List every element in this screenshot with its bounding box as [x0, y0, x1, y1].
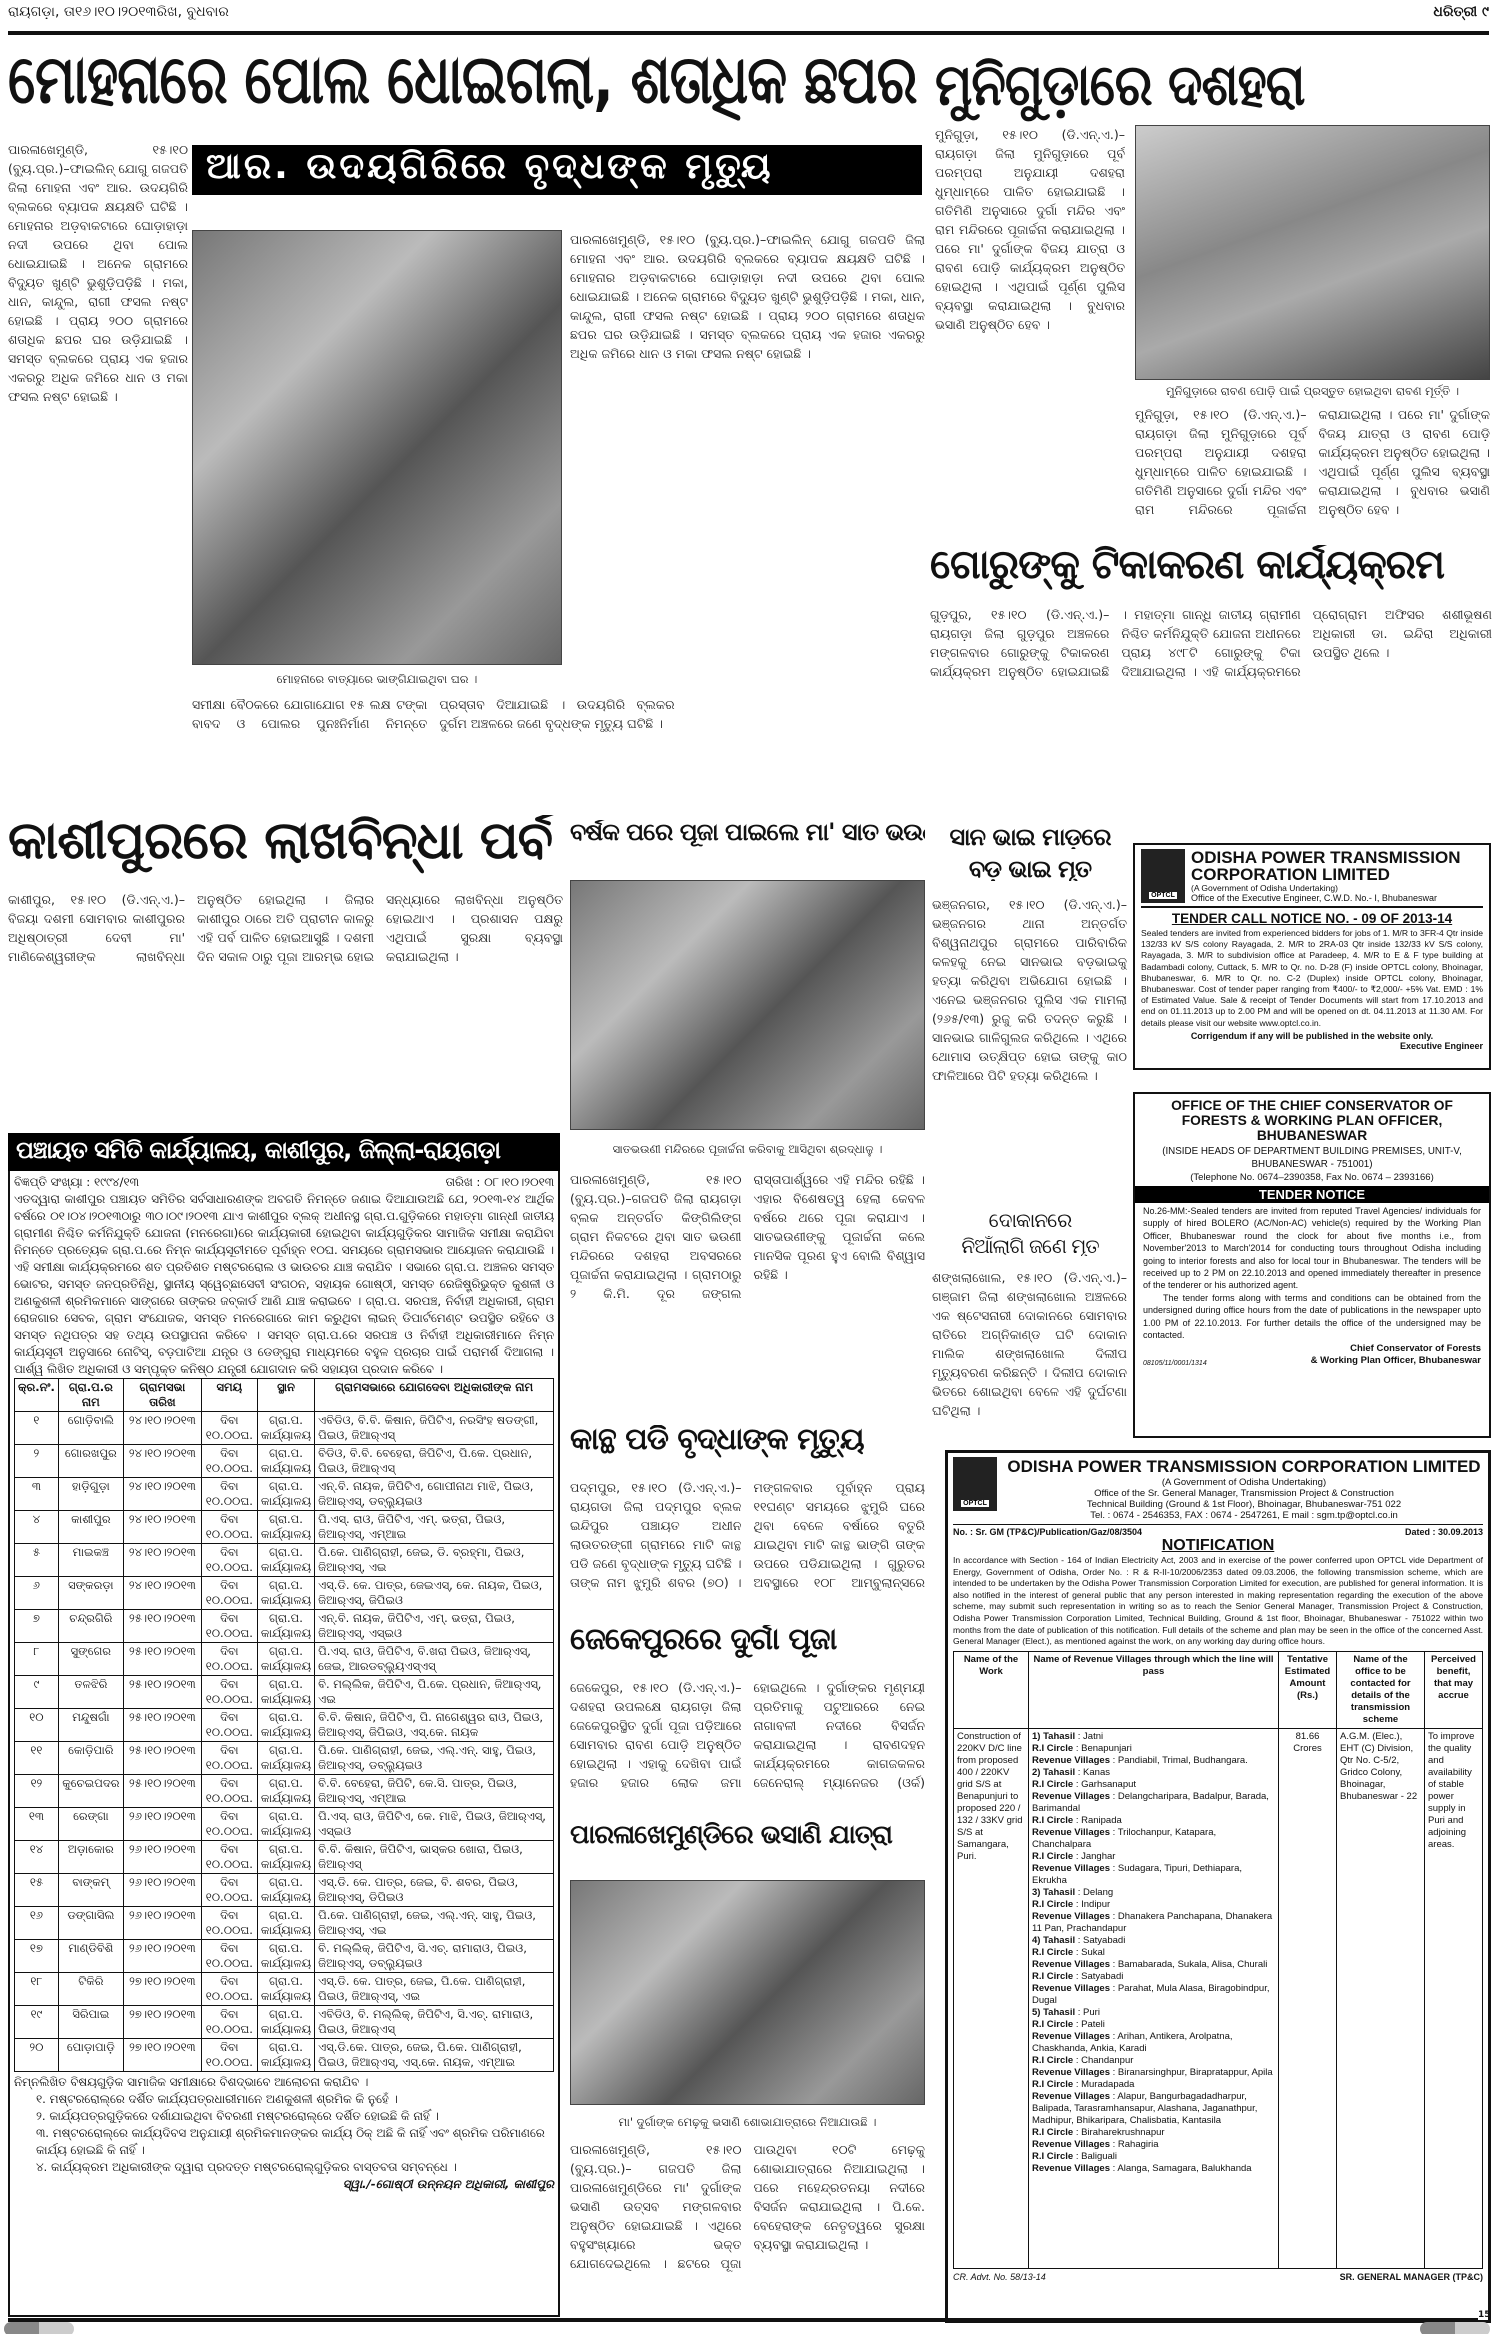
- gram-sabha-date: ୨୫।୧୦।୨୦୧୩: [123, 1610, 201, 1643]
- gp-name: କାଶୀପୁର: [58, 1511, 123, 1544]
- lead-story-continuation: ସମୀକ୍ଷା ବୈଠକରେ ଯୋଗାଯୋଗ ୧୫ ଲକ୍ଷ ଟଙ୍କା ବାବ…: [192, 695, 922, 795]
- gp-name: କୋଡ଼ିପାରି: [58, 1742, 123, 1775]
- place: ଗ୍ରା.ପ. କାର୍ଯ୍ୟାଳୟ: [257, 1643, 314, 1676]
- bottom-rule: [8, 2318, 1478, 2322]
- notice-intro: ଏତଦ୍ୱାରା କାଶୀପୁର ପଞ୍ଚାୟତ ସମିତିର ସର୍ବସାଧା…: [14, 1191, 554, 1378]
- officers: ପି.ଏସ୍. ରାଓ, ଜିପିଟିଏ, କେ. ମାଝି, ପିଇଓ, ଜି…: [315, 1808, 554, 1841]
- sana-bhai-text: ଭଞ୍ଜନଗର, ୧୫।୧୦ (ଡି.ଏନ୍.ଏ.)– ଭଞ୍ଜନଗର ଥାନା…: [932, 895, 1127, 1185]
- forest-signatory-2: & Working Plan Officer, Bhubaneswar: [1311, 1355, 1481, 1367]
- kashipur-text: କାଶୀପୁର, ୧୫।୧୦ (ଡି.ଏନ୍.ଏ.)– ବିଜୟା ଦଶମୀ ସ…: [8, 890, 563, 1128]
- jkpur-headline: ଜେକେପୁରରେ ଦୁର୍ଗା ପୂଜା: [570, 1625, 925, 1667]
- row-number: ୧: [15, 1412, 59, 1445]
- time: ଦିବା ୧୦.୦୦ଘ.: [201, 1808, 257, 1841]
- officers: ପି.କେ. ପାଣିଗ୍ରାହୀ, ଜେଇ, ଡି. ବ୍ରହ୍ମା, ପିଇ…: [315, 1544, 554, 1577]
- sata-bhauni-photo: [570, 880, 925, 1130]
- discussion-point: ୨. କାର୍ଯ୍ୟପତ୍ରଗୁଡ଼ିକରେ ଦର୍ଶାଯାଇଥିବା ବିବର…: [36, 2108, 554, 2125]
- row-number: ୩: [15, 1478, 59, 1511]
- gp-name: ହାଡ଼ିଗୁଡ଼ା: [58, 1478, 123, 1511]
- optcl-office-line: Office of the Executive Engineer, C.W.D.…: [1191, 893, 1461, 903]
- gram-sabha-date: ୨୭।୧୦।୨୦୧୩: [123, 2006, 201, 2039]
- notification-title: NOTIFICATION: [953, 1537, 1483, 1555]
- gram-sabha-date: ୨୬।୧୦।୨୦୧୩: [123, 1940, 201, 1973]
- gp-name: କୁଚେଇପଦର: [58, 1775, 123, 1808]
- notification-ref: No. : Sr. GM (TP&C)/Publication/Gaz/08/3…: [953, 1527, 1142, 1537]
- discussion-point: ୪. କାର୍ଯ୍ୟକ୍ରମ ଅଧିକାରୀଙ୍କ ଦ୍ୱାରା ପ୍ରଦତ୍ତ…: [36, 2159, 554, 2176]
- dokan-text: ଶଙ୍ଖଲାଖୋଲ, ୧୫।୧୦ (ଡି.ଏନ୍.ଏ.)– ଗଞ୍ଜାମ ଜିଲ…: [932, 1268, 1127, 1468]
- notification-body: In accordance with Section - 164 of Indi…: [953, 1555, 1483, 1648]
- place: ଗ୍ରା.ପ. କାର୍ଯ୍ୟାଳୟ: [257, 1478, 314, 1511]
- gram-sabha-date: ୨୫।୧୦।୨୦୧୩: [123, 1676, 201, 1709]
- village-entry: R.I Circle : Sukal: [1032, 1947, 1275, 1959]
- optcl-logo-icon: OPTCL: [1141, 849, 1185, 903]
- gp-name: ସିରିପାଇ: [58, 2006, 123, 2039]
- village-entry: Revenue Villages : Dhanakera Panchapana,…: [1032, 1911, 1275, 1935]
- gram-sabha-date: ୨୫।୧୦।୨୦୧୩: [123, 1643, 201, 1676]
- kantha-text: ପଦ୍ମପୁର, ୧୫।୧୦ (ଡି.ଏନ୍.ଏ.)– ରାୟଗଡା ଜିଲା …: [570, 1478, 925, 1608]
- officers: ବି.ବି. ବେହେରା, ଜିପିଟି, କେ.ସି. ପାତ୍ର, ପିଇ…: [315, 1775, 554, 1808]
- village-entry: Revenue Villages : Biranarsinghpur, Bira…: [1032, 2067, 1275, 2079]
- notif-col-benefit: Perceived benefit, that may accrue: [1425, 1651, 1483, 1728]
- time: ଦିବା ୧୦.୦୦ଘ.: [201, 1907, 257, 1940]
- lead-photo-caption: ମୋହନାରେ ବାତ୍ୟାରେ ଭାଙ୍ଗିଯାଇଥିବା ଘର ।: [192, 672, 562, 687]
- place: ଗ୍ରା.ପ. କାର୍ଯ୍ୟାଳୟ: [257, 1412, 314, 1445]
- time: ଦିବା ୧୦.୦୦ଘ.: [201, 1841, 257, 1874]
- row-number: ୧୭: [15, 1940, 59, 1973]
- officers: ବି.ବି. କିଷାନ, ଜିପିଟିଏ, ଭାସ୍କର ଖୋରା, ପିଇଓ…: [315, 1841, 554, 1874]
- forest-tender-ad: OFFICE OF THE CHIEF CONSERVATOR OF FORES…: [1133, 1092, 1491, 1438]
- table-row: ୧୪ଅଡ଼ାକୋର୨୬।୧୦।୨୦୧୩ଦିବା ୧୦.୦୦ଘ.ଗ୍ରା.ପ. କ…: [15, 1841, 554, 1874]
- notification-table: Name of the Work Name of Revenue Village…: [953, 1651, 1483, 2269]
- officers: ଏସ୍.ଡି. କେ. ପାତ୍ର, ଜେଇ, ବି. ଶବର, ପିଇଓ, ଜ…: [315, 1874, 554, 1907]
- notif-villages: 1) Tahasil : JatniR.I Circle : Benapunja…: [1029, 1728, 1279, 2268]
- gp-name: ରେଙ୍ଗା: [58, 1808, 123, 1841]
- row-number: ୭: [15, 1610, 59, 1643]
- village-entry: R.I Circle : Biraharekrushnapur: [1032, 2127, 1275, 2139]
- village-entry: Revenue Villages : Delangcharipara, Bada…: [1032, 1791, 1275, 1815]
- village-entry: 3) Tahasil : Delang: [1032, 1887, 1275, 1899]
- optcl-notification-logo-icon: OPTCL: [953, 1457, 997, 1511]
- row-number: ୮: [15, 1643, 59, 1676]
- footer-page-number: 15: [1478, 2310, 1491, 2320]
- sana-bhai-headline-1: ସାନ ଭାଇ ମାଡ଼ରେ: [930, 825, 1130, 849]
- village-entry: R.I Circle : Benapunjari: [1032, 1743, 1275, 1755]
- munigudara-photo-caption: ମୁନିଗୁଡ଼ାରେ ରାବଣ ପୋଡ଼ି ପାଇଁ ପ୍ରସ୍ତୁତ ହୋଇ…: [1135, 384, 1490, 399]
- forest-address: (INSIDE HEADS OF DEPARTMENT BUILDING PRE…: [1143, 1145, 1481, 1171]
- notif-work: Construction of 220KV D/C line from prop…: [954, 1728, 1029, 2268]
- table-row: ୯ତଳଝିରି୨୫।୧୦।୨୦୧୩ଦିବା ୧୦.୦୦ଘ.ଗ୍ରା.ପ. କାର…: [15, 1676, 554, 1709]
- place: ଗ୍ରା.ପ. କାର୍ଯ୍ୟାଳୟ: [257, 1874, 314, 1907]
- notif-amount: 81.66 Crores: [1279, 1728, 1337, 2268]
- row-number: ୧୪: [15, 1841, 59, 1874]
- table-row: ୩ହାଡ଼ିଗୁଡ଼ା୨୪।୧୦।୨୦୧୩ଦିବା ୧୦.୦୦ଘ.ଗ୍ରା.ପ.…: [15, 1478, 554, 1511]
- lead-headline: ମୋହନାରେ ପୋଲ ଧୋଇଗଲା, ଶତାଧିକ ଛପର ଉଡ଼ିଲା: [8, 46, 928, 129]
- village-entry: Revenue Villages : Trilochanpur, Katapar…: [1032, 1827, 1275, 1851]
- row-number: ୧୨: [15, 1775, 59, 1808]
- gram-sabha-date: ୨୫।୧୦।୨୦୧୩: [123, 1775, 201, 1808]
- tender-call-body: Sealed tenders are invited from experien…: [1141, 928, 1483, 1029]
- place: ଗ୍ରା.ପ. କାର୍ଯ୍ୟାଳୟ: [257, 2006, 314, 2039]
- optcl-org-line1: ODISHA POWER TRANSMISSION: [1191, 849, 1461, 866]
- row-number: ୯: [15, 1676, 59, 1709]
- time: ଦିବା ୧୦.୦୦ଘ.: [201, 1412, 257, 1445]
- registration-mark-right: [1420, 2322, 1490, 2334]
- village-entry: Revenue Villages : Alanga, Samagara, Bal…: [1032, 2163, 1275, 2175]
- officers: ବି. ମଲ୍ଲିକ, ଜିପିଟିଏ, ପି.କେ. ପ୍ରଧାନ, ଜିଆର…: [315, 1676, 554, 1709]
- discussion-point: ୧. ମଷ୍ଟରରୋଲ୍‌ରେ ଦର୍ଶିତ କାର୍ଯ୍ୟପତ୍ରଧାରୀମା…: [36, 2091, 554, 2108]
- row-number: ୧୧: [15, 1742, 59, 1775]
- lead-subheadline: ଆର. ଉଦୟଗିରିରେ ବୃଦ୍ଧଙ୍କ ମୃତ୍ୟୁ: [192, 145, 922, 195]
- dokan-headline-2: ନିଆଁଲାଗି ଜଣେ ମୃତ: [930, 1236, 1130, 1256]
- time: ଦିବା ୧୦.୦୦ଘ.: [201, 1610, 257, 1643]
- discussion-intro: ନିମ୍ନଲିଖିତ ବିଷୟଗୁଡ଼ିକ ସାମାଜିକ ସମୀକ୍ଷାରେ …: [14, 2074, 554, 2091]
- gram-sabha-date: ୨୫।୧୦।୨୦୧୩: [123, 1742, 201, 1775]
- optcl-govt-line: (A Government of Odisha Undertaking): [1191, 883, 1461, 893]
- notif-col-work: Name of the Work: [954, 1651, 1029, 1728]
- gp-name: ବାଙ୍କମ୍: [58, 1874, 123, 1907]
- village-entry: Revenue Villages : Arihan, Antikera, Aro…: [1032, 2031, 1275, 2055]
- officers: ଏସ୍.ଡି. କେ. ପାତ୍ର, ଜେଇଏସ୍, କେ. ନାୟକ, ପିଇ…: [315, 1577, 554, 1610]
- bhasani-text: ପାରଳାଖେମୁଣ୍ଡି, ୧୫।୧୦ (ବ୍ୟୁ.ପ୍ର.)– ଗଜପତି …: [570, 2140, 925, 2315]
- col-header-gp: ଗ୍ରା.ପ.ର ନାମ: [58, 1379, 123, 1412]
- gp-name: ସୁଙ୍ଗେର: [58, 1643, 123, 1676]
- gp-name: ମନ୍ଦୁଷଗାଁ: [58, 1709, 123, 1742]
- table-row: ୧ଗୋଡ଼ିବାଲି୨୪।୧୦।୨୦୧୩ଦିବା ୧୦.୦୦ଘ.ଗ୍ରା.ପ. …: [15, 1412, 554, 1445]
- notice-signature: ସ୍ୱା./-ଗୋଷ୍ଠୀ ଉନ୍ନୟନ ଅଧିକାରୀ, କାଶୀପୁର: [14, 2176, 554, 2193]
- officers: ପି.କେ. ପାଣିଗ୍ରାହୀ, ଜେଇ, ଏଲ୍.ଏନ୍. ସାହୁ, ପ…: [315, 1742, 554, 1775]
- time: ଦିବା ୧୦.୦୦ଘ.: [201, 1445, 257, 1478]
- gram-sabha-date: ୨୬।୧୦।୨୦୧୩: [123, 1907, 201, 1940]
- time: ଦିବା ୧୦.୦୦ଘ.: [201, 1874, 257, 1907]
- village-entry: Revenue Villages : Pandiabil, Trimal, Bu…: [1032, 1755, 1275, 1767]
- village-entry: Revenue Villages : Parahat, Mula Alasa, …: [1032, 1983, 1275, 2007]
- notification-contact: Tel. : 0674 - 2546353, FAX : 0674 - 2547…: [1005, 1510, 1483, 1521]
- tender-corrigendum: Corrigendum if any will be published in …: [1141, 1031, 1483, 1041]
- table-row: ୧୬ଡଙ୍ଗାସିଲ୨୬।୧୦।୨୦୧୩ଦିବା ୧୦.୦୦ଘ.ଗ୍ରା.ପ. …: [15, 1907, 554, 1940]
- time: ଦିବା ୧୦.୦୦ଘ.: [201, 1742, 257, 1775]
- optcl-notification-ad: OPTCL ODISHA POWER TRANSMISSION CORPORAT…: [945, 1450, 1491, 2323]
- notification-govt-line: (A Government of Odisha Undertaking): [1005, 1477, 1483, 1488]
- officers: ଏସ୍.ଡି. କେ. ପାତ୍ର, ଜେଇ, ପି.କେ. ପାଣିଗ୍ରାହ…: [315, 1973, 554, 2006]
- table-row: ୧୭ମାଣ୍ଡିବିଶି୨୬।୧୦।୨୦୧୩ଦିବା ୧୦.୦୦ଘ.ଗ୍ରା.ପ…: [15, 1940, 554, 1973]
- notif-benefit: To improve the quality and availability …: [1425, 1728, 1483, 2268]
- place: ଗ୍ରା.ପ. କାର୍ଯ୍ୟାଳୟ: [257, 1709, 314, 1742]
- jkpur-text: ଜେକେପୁର, ୧୫।୧୦ (ଡି.ଏନ୍.ଏ.)– ଦଶହରା ଉପଲକ୍ଷ…: [570, 1678, 925, 1808]
- table-row: ୧୦ମନ୍ଦୁଷଗାଁ୨୫।୧୦।୨୦୧୩ଦିବା ୧୦.୦୦ଘ.ଗ୍ରା.ପ.…: [15, 1709, 554, 1742]
- place: ଗ୍ରା.ପ. କାର୍ଯ୍ୟାଳୟ: [257, 1907, 314, 1940]
- bhasani-photo: [570, 1880, 925, 2105]
- place: ଗ୍ରା.ପ. କାର୍ଯ୍ୟାଳୟ: [257, 1808, 314, 1841]
- time: ଦିବା ୧୦.୦୦ଘ.: [201, 2006, 257, 2039]
- gram-sabha-date: ୨୭।୧୦।୨୦୧୩: [123, 1973, 201, 2006]
- tender-call-title: TENDER CALL NOTICE NO. - 09 OF 2013-14: [1141, 911, 1483, 926]
- forest-phone: (Telephone No. 0674–2390358, Fax No. 067…: [1143, 1171, 1481, 1184]
- munigudara-text-2: ମୁନିଗୁଡ଼ା, ୧୫।୧୦ (ଡି.ଏନ୍.ଏ.)– ରାୟଗଡ଼ା ଜି…: [1135, 405, 1490, 540]
- place: ଗ୍ରା.ପ. କାର୍ଯ୍ୟାଳୟ: [257, 1610, 314, 1643]
- discussion-point: ୩. ମଷ୍ଟରରୋଲ୍‌ରେ କାର୍ଯ୍ୟଦିବସ ଅନୁଯାୟୀ ଶ୍ରମ…: [36, 2125, 554, 2159]
- sata-bhauni-headline: ବର୍ଷକ ପରେ ପୂଜା ପାଇଲେ ମା' ସାତ ଭଉଣୀ: [570, 820, 925, 860]
- village-entry: Revenue Villages : Sudagara, Tipuri, Det…: [1032, 1863, 1275, 1887]
- village-entry: 5) Tahasil : Puri: [1032, 2007, 1275, 2019]
- place: ଗ୍ରା.ପ. କାର୍ଯ୍ୟାଳୟ: [257, 1676, 314, 1709]
- sata-bhauni-text: ପାରଳାଖେମୁଣ୍ଡି, ୧୫।୧୦ (ବ୍ୟୁ.ପ୍ର.)–ଗଜପତି ଜ…: [570, 1170, 925, 1405]
- kantha-headline: କାନ୍ଥ ପଡି ବୃଦ୍ଧାଙ୍କ ମୃତ୍ୟୁ: [570, 1425, 925, 1467]
- officers: ଏବିଡିଓ, ବି. ମଲ୍ଲିକ୍, ଜିପିଟିଏ, ସି.ଏଚ୍. ରା…: [315, 2006, 554, 2039]
- village-entry: R.I Circle : Satyabadi: [1032, 1971, 1275, 1983]
- row-number: ୫: [15, 1544, 59, 1577]
- notification-date: Dated : 30.09.2013: [1405, 1527, 1483, 1537]
- table-row: ୬ସଙ୍କରଡ଼ା୨୪।୧୦।୨୦୧୩ଦିବା ୧୦.୦୦ଘ.ଗ୍ରା.ପ. କ…: [15, 1577, 554, 1610]
- table-row: ୧୫ବାଙ୍କମ୍୨୬।୧୦।୨୦୧୩ଦିବା ୧୦.୦୦ଘ.ଗ୍ରା.ପ. କ…: [15, 1874, 554, 1907]
- officers: ଏନ୍.ବି. ନାୟକ, ଜିପିଟିଏ, ଏମ୍. ଭତ୍ରା, ପିଇଓ,…: [315, 1610, 554, 1643]
- gp-name: ଅଡ଼ାକୋର: [58, 1841, 123, 1874]
- panchayat-notice: ବିଜ୍ଞପ୍ତି ସଂଖ୍ୟା : ୧୯୯୪/୧୩ ତାରିଖ : ୦୮।୧୦…: [8, 1171, 560, 2317]
- notification-office-1: Office of the Sr. General Manager, Trans…: [1005, 1488, 1483, 1499]
- goru-text: ଗୁଡ଼ପୁର, ୧୫।୧୦ (ଡି.ଏନ୍.ଏ.)– ରାୟଗଡ଼ା ଜିଲା…: [930, 605, 1492, 805]
- forest-ref: 08105/11/0001/1314: [1143, 1360, 1207, 1367]
- gp-name: ମାଣ୍ଡିବିଶି: [58, 1940, 123, 1973]
- goru-headline: ଗୋରୁଙ୍କୁ ଟିକାକରଣ କାର୍ଯ୍ୟକ୍ରମ: [930, 545, 1495, 595]
- gp-name: ଡଙ୍ଗାସିଲ: [58, 1907, 123, 1940]
- time: ଦିବା ୧୦.୦୦ଘ.: [201, 1940, 257, 1973]
- officers: ଏସ୍.ଡି.କେ. ପାତ୍ର, ଜେଇ, ପି.କେ. ପାଣିଗ୍ରାହୀ…: [315, 2039, 554, 2072]
- forest-signatory-1: Chief Conservator of Forests: [1311, 1343, 1481, 1355]
- notice-date: ତାରିଖ : ୦୮।୧୦।୨୦୧୩: [446, 1174, 554, 1191]
- place: ଗ୍ରା.ପ. କାର୍ଯ୍ୟାଳୟ: [257, 1775, 314, 1808]
- gram-sabha-date: ୨୬।୧୦।୨୦୧୩: [123, 1808, 201, 1841]
- row-number: ୬: [15, 1577, 59, 1610]
- time: ଦିବା ୧୦.୦୦ଘ.: [201, 1478, 257, 1511]
- sata-bhauni-caption: ସାତଭଉଣୀ ମନ୍ଦିରରେ ପୂଜାର୍ଚ୍ଚନା କରିବାକୁ ଆସି…: [570, 1142, 925, 1157]
- place: ଗ୍ରା.ପ. କାର୍ଯ୍ୟାଳୟ: [257, 1742, 314, 1775]
- village-entry: R.I Circle : Ranipada: [1032, 1815, 1275, 1827]
- gram-sabha-date: ୨୪।୧୦।୨୦୧୩: [123, 1445, 201, 1478]
- notification-org: ODISHA POWER TRANSMISSION CORPORATION LI…: [1005, 1457, 1483, 1477]
- gram-sabha-table: କ୍ର.ନଂ. ଗ୍ରା.ପ.ର ନାମ ଗ୍ରାମସଭା ତାରିଖ ସମୟ …: [14, 1378, 554, 2072]
- gp-name: ଗୋରଖପୁର: [58, 1445, 123, 1478]
- gp-name: ତଳଝିରି: [58, 1676, 123, 1709]
- time: ଦିବା ୧୦.୦୦ଘ.: [201, 1577, 257, 1610]
- col-header-date: ଗ୍ରାମସଭା ତାରିଖ: [123, 1379, 201, 1412]
- notification-signatory: SR. GENERAL MANAGER (TP&C): [1340, 2272, 1483, 2282]
- village-entry: R.I Circle : Garhsanaput: [1032, 1779, 1275, 1791]
- gp-name: ଚନ୍ଦ୍ରଗିରି: [58, 1610, 123, 1643]
- time: ଦିବା ୧୦.୦୦ଘ.: [201, 1709, 257, 1742]
- table-row: ୧୩ରେଙ୍ଗା୨୬।୧୦।୨୦୧୩ଦିବା ୧୦.୦୦ଘ.ଗ୍ରା.ପ. କା…: [15, 1808, 554, 1841]
- village-entry: R.I Circle : Chandanpur: [1032, 2055, 1275, 2067]
- notification-office-2: Technical Building (Ground & 1st Floor),…: [1005, 1499, 1483, 1510]
- place: ଗ୍ରା.ପ. କାର୍ଯ୍ୟାଳୟ: [257, 1841, 314, 1874]
- row-number: ୨୦: [15, 2039, 59, 2072]
- table-row: ୧୧କୋଡ଼ିପାରି୨୫।୧୦।୨୦୧୩ଦିବା ୧୦.୦୦ଘ.ଗ୍ରା.ପ.…: [15, 1742, 554, 1775]
- bhasani-headline: ପାରଳାଖେମୁଣ୍ଡିରେ ଭସାଣି ଯାତ୍ରା: [570, 1822, 925, 1864]
- kashipur-headline: କାଶୀପୁରରେ ଲାଖବିନ୍ଧା ପର୍ବ: [8, 815, 563, 881]
- notif-col-amount: Tentative Estimated Amount (Rs.): [1279, 1651, 1337, 1728]
- gram-sabha-date: ୨୬।୧୦।୨୦୧୩: [123, 1841, 201, 1874]
- time: ଦିବା ୧୦.୦୦ଘ.: [201, 1643, 257, 1676]
- table-row: ୭ଚନ୍ଦ୍ରଗିରି୨୫।୧୦।୨୦୧୩ଦିବା ୧୦.୦୦ଘ.ଗ୍ରା.ପ.…: [15, 1610, 554, 1643]
- dokan-headline-1: ଦୋକାନରେ: [930, 1210, 1130, 1230]
- table-row: ୧୨କୁଚେଇପଦର୨୫।୧୦।୨୦୧୩ଦିବା ୧୦.୦୦ଘ.ଗ୍ରା.ପ. …: [15, 1775, 554, 1808]
- village-entry: R.I Circle : Baliguali: [1032, 2151, 1275, 2163]
- officers: ବି.ବି. କିଷାନ, ଜିପିଟିଏ, ପି. ନାଗେଶ୍ୱର ରାଓ,…: [315, 1709, 554, 1742]
- gram-sabha-date: ୨୫।୧୦।୨୦୧୩: [123, 1709, 201, 1742]
- lead-story-text: ପାରଳାଖେମୁଣ୍ଡି, ୧୫।୧୦ (ବ୍ୟୁ.ପ୍ର.)–ଫାଇଲିନ୍…: [8, 140, 188, 795]
- table-row: ୧୮ଟିକିରି୨୭।୧୦।୨୦୧୩ଦିବା ୧୦.୦୦ଘ.ଗ୍ରା.ପ. କା…: [15, 1973, 554, 2006]
- row-number: ୧୩: [15, 1808, 59, 1841]
- officers: ଏବିଡିଓ, ବି.ବି. କିଷାନ, ଜିପିଟିଏ, ନରସିଂହ ଷଡ…: [315, 1412, 554, 1445]
- row-number: ୧୯: [15, 2006, 59, 2039]
- optcl-tender-ad: OPTCL ODISHA POWER TRANSMISSION CORPORAT…: [1133, 843, 1491, 1070]
- officers: ପି.କେ. ପାଣିଗ୍ରାହୀ, ଜେଇ, ଏଲ୍.ଏନ୍. ସାହୁ, ପ…: [315, 1907, 554, 1940]
- col-header-no: କ୍ର.ନଂ.: [15, 1379, 59, 1412]
- time: ଦିବା ୧୦.୦୦ଘ.: [201, 1775, 257, 1808]
- forest-tender-body: No.26-MM:-Sealed tenders are invited fro…: [1143, 1205, 1481, 1292]
- officers: ପି.ଏସ୍. ରାଓ, ଜିପିଟିଏ, ବି.ଖରା ପିଇଓ, ଜିଆର୍…: [315, 1643, 554, 1676]
- munigudara-text: ମୁନିଗୁଡ଼ା, ୧୫।୧୦ (ଡି.ଏନ୍.ଏ.)– ରାୟଗଡ଼ା ଜି…: [935, 125, 1125, 525]
- place: ଗ୍ରା.ପ. କାର୍ଯ୍ୟାଳୟ: [257, 2039, 314, 2072]
- place: ଗ୍ରା.ପ. କାର୍ଯ୍ୟାଳୟ: [257, 1577, 314, 1610]
- time: ଦିବା ୧୦.୦୦ଘ.: [201, 1511, 257, 1544]
- table-row: ୨୦ପୋଡ଼ାପାଡ଼ି୨୭।୧୦।୨୦୧୩ଦିବା ୧୦.୦୦ଘ.ଗ୍ରା.ପ…: [15, 2039, 554, 2072]
- row-number: ୨: [15, 1445, 59, 1478]
- gp-name: ମାଇକଞ୍ଚ: [58, 1544, 123, 1577]
- row-number: ୧୬: [15, 1907, 59, 1940]
- row-number: ୧୦: [15, 1709, 59, 1742]
- village-entry: R.I Circle : Pateli: [1032, 2019, 1275, 2031]
- notif-col-office: Name of the office to be contacted for d…: [1337, 1651, 1425, 1728]
- table-row: ୫ମାଇକଞ୍ଚ୨୪।୧୦।୨୦୧୩ଦିବା ୧୦.୦୦ଘ.ଗ୍ରା.ପ. କା…: [15, 1544, 554, 1577]
- notif-office: A.G.M. (Elec.), EHT (C) Division, Qtr No…: [1337, 1728, 1425, 2268]
- col-header-time: ସମୟ: [201, 1379, 257, 1412]
- tender-signatory: Executive Engineer: [1141, 1041, 1483, 1051]
- notif-col-villages: Name of Revenue Villages through which t…: [1029, 1651, 1279, 1728]
- gram-sabha-date: ୨୭।୧୦।୨୦୧୩: [123, 2039, 201, 2072]
- time: ଦିବା ୧୦.୦୦ଘ.: [201, 1973, 257, 2006]
- munigudara-photo: [1135, 125, 1490, 380]
- date-line: ରାୟଗଡ଼ା, ତା୧୬।୧୦।୨୦୧୩ରିଖ, ବୁଧବାର: [8, 4, 229, 20]
- gram-sabha-date: ୨୬।୧୦।୨୦୧୩: [123, 1874, 201, 1907]
- munigudara-headline: ମୁନିଗୁଡ଼ାରେ ଦଶହରା: [935, 56, 1490, 125]
- table-row: ୮ସୁଙ୍ଗେର୨୫।୧୦।୨୦୧୩ଦିବା ୧୦.୦୦ଘ.ଗ୍ରା.ପ. କା…: [15, 1643, 554, 1676]
- village-entry: Revenue Villages : Bamabarada, Sukala, A…: [1032, 1959, 1275, 1971]
- col-header-place: ସ୍ଥାନ: [257, 1379, 314, 1412]
- gram-sabha-date: ୨୪।୧୦।୨୦୧୩: [123, 1511, 201, 1544]
- time: ଦିବା ୧୦.୦୦ଘ.: [201, 1544, 257, 1577]
- officers: ବି. ମଲ୍ଲିକ୍, ଜିପିଟିଏ, ସି.ଏଚ୍. ରାମାରାଓ, ପ…: [315, 1940, 554, 1973]
- registration-mark-left: [4, 2322, 74, 2334]
- table-row: ୧୯ସିରିପାଇ୨୭।୧୦।୨୦୧୩ଦିବା ୧୦.୦୦ଘ.ଗ୍ରା.ପ. କ…: [15, 2006, 554, 2039]
- table-row: ୨ଗୋରଖପୁର୨୪।୧୦।୨୦୧୩ଦିବା ୧୦.୦୦ଘ.ଗ୍ରା.ପ. କା…: [15, 1445, 554, 1478]
- forest-tender-banner: TENDER NOTICE: [1135, 1186, 1489, 1203]
- lead-story-col2: ପାରଳାଖେମୁଣ୍ଡି, ୧୫।୧୦ (ବ୍ୟୁ.ପ୍ର.)–ଫାଇଲିନ୍…: [570, 230, 925, 690]
- forest-tender-body-2: The tender forms along with terms and co…: [1143, 1292, 1481, 1342]
- village-entry: R.I Circle : Janghar: [1032, 1851, 1275, 1863]
- notification-adv-no: CR. Advt. No. 58/13-14: [953, 2272, 1046, 2282]
- bhasani-caption: ମା' ଦୁର୍ଗାଙ୍କ ମେଢ଼କୁ ଭସାଣି ଶୋଭାଯାତ୍ରାରେ …: [570, 2115, 925, 2130]
- gp-name: ଟିକିରି: [58, 1973, 123, 2006]
- row-number: ୪: [15, 1511, 59, 1544]
- time: ଦିବା ୧୦.୦୦ଘ.: [201, 1676, 257, 1709]
- officers: ପି.ଏସ୍. ରାଓ, ଜିପିଟିଏ, ଏମ୍. ଭତ୍ରା, ପିଇଓ, …: [315, 1511, 554, 1544]
- row-number: ୧୮: [15, 1973, 59, 2006]
- lead-photo: [192, 230, 562, 665]
- village-entry: 1) Tahasil : Jatni: [1032, 1731, 1275, 1743]
- forest-office-title: OFFICE OF THE CHIEF CONSERVATOR OF FORES…: [1143, 1098, 1481, 1143]
- gram-sabha-date: ୨୪।୧୦।୨୦୧୩: [123, 1412, 201, 1445]
- time: ଦିବା ୧୦.୦୦ଘ.: [201, 2039, 257, 2072]
- place: ଗ୍ରା.ପ. କାର୍ଯ୍ୟାଳୟ: [257, 1940, 314, 1973]
- masthead: ରାୟଗଡ଼ା, ତା୧୬।୧୦।୨୦୧୩ରିଖ, ବୁଧବାର ଧରିତ୍ରୀ…: [8, 4, 1489, 28]
- village-entry: R.I Circle : Indipur: [1032, 1899, 1275, 1911]
- village-entry: Revenue Villages : Alapur, Bangurbagadad…: [1032, 2091, 1275, 2127]
- sana-bhai-headline-2: ବଡ଼ ଭାଇ ମୃତ: [930, 857, 1130, 881]
- row-number: ୧୫: [15, 1874, 59, 1907]
- village-entry: Revenue Villages : Rahagiria: [1032, 2139, 1275, 2151]
- table-row: ୪କାଶୀପୁର୨୪।୧୦।୨୦୧୩ଦିବା ୧୦.୦୦ଘ.ଗ୍ରା.ପ. କା…: [15, 1511, 554, 1544]
- top-rule: [8, 31, 1489, 35]
- gram-sabha-date: ୨୪।୧୦।୨୦୧୩: [123, 1478, 201, 1511]
- place: ଗ୍ରା.ପ. କାର୍ଯ୍ୟାଳୟ: [257, 1445, 314, 1478]
- notice-number: ବିଜ୍ଞପ୍ତି ସଂଖ୍ୟା : ୧୯୯୪/୧୩: [14, 1174, 139, 1191]
- place: ଗ୍ରା.ପ. କାର୍ଯ୍ୟାଳୟ: [257, 1511, 314, 1544]
- village-entry: R.I Circle : Muradapada: [1032, 2079, 1275, 2091]
- village-entry: 4) Tahasil : Satyabadi: [1032, 1935, 1275, 1947]
- place: ଗ୍ରା.ପ. କାର୍ଯ୍ୟାଳୟ: [257, 1973, 314, 2006]
- col-header-officers: ଗ୍ରାମସଭାରେ ଯୋଗଦେବା ଅଧିକାରୀଙ୍କ ନାମ: [315, 1379, 554, 1412]
- place: ଗ୍ରା.ପ. କାର୍ଯ୍ୟାଳୟ: [257, 1544, 314, 1577]
- gp-name: ସଙ୍କରଡ଼ା: [58, 1577, 123, 1610]
- page-label: ଧରିତ୍ରୀ ୯: [1433, 4, 1489, 20]
- officers: ବିଡିଓ, ବି.ବି. ବେହେରା, ଜିପିଟିଏ, ପି.କେ. ପ୍…: [315, 1445, 554, 1478]
- gp-name: ଗୋଡ଼ିବାଲି: [58, 1412, 123, 1445]
- optcl-org-line2: CORPORATION LIMITED: [1191, 866, 1461, 883]
- gram-sabha-date: ୨୪।୧୦।୨୦୧୩: [123, 1544, 201, 1577]
- officers: ଏନ୍.ବି. ନାୟକ, ଜିପିଟିଏ, ଗୋପୀନାଥ ମାଝି, ପିଇ…: [315, 1478, 554, 1511]
- gram-sabha-date: ୨୪।୧୦।୨୦୧୩: [123, 1577, 201, 1610]
- village-entry: 2) Tahasil : Kanas: [1032, 1767, 1275, 1779]
- panchayat-notice-title: ପଞ୍ଚାୟତ ସମିତି କାର୍ଯ୍ୟାଳୟ, କାଶୀପୁର, ଜିଲ୍ଲ…: [8, 1133, 560, 1171]
- gp-name: ପୋଡ଼ାପାଡ଼ି: [58, 2039, 123, 2072]
